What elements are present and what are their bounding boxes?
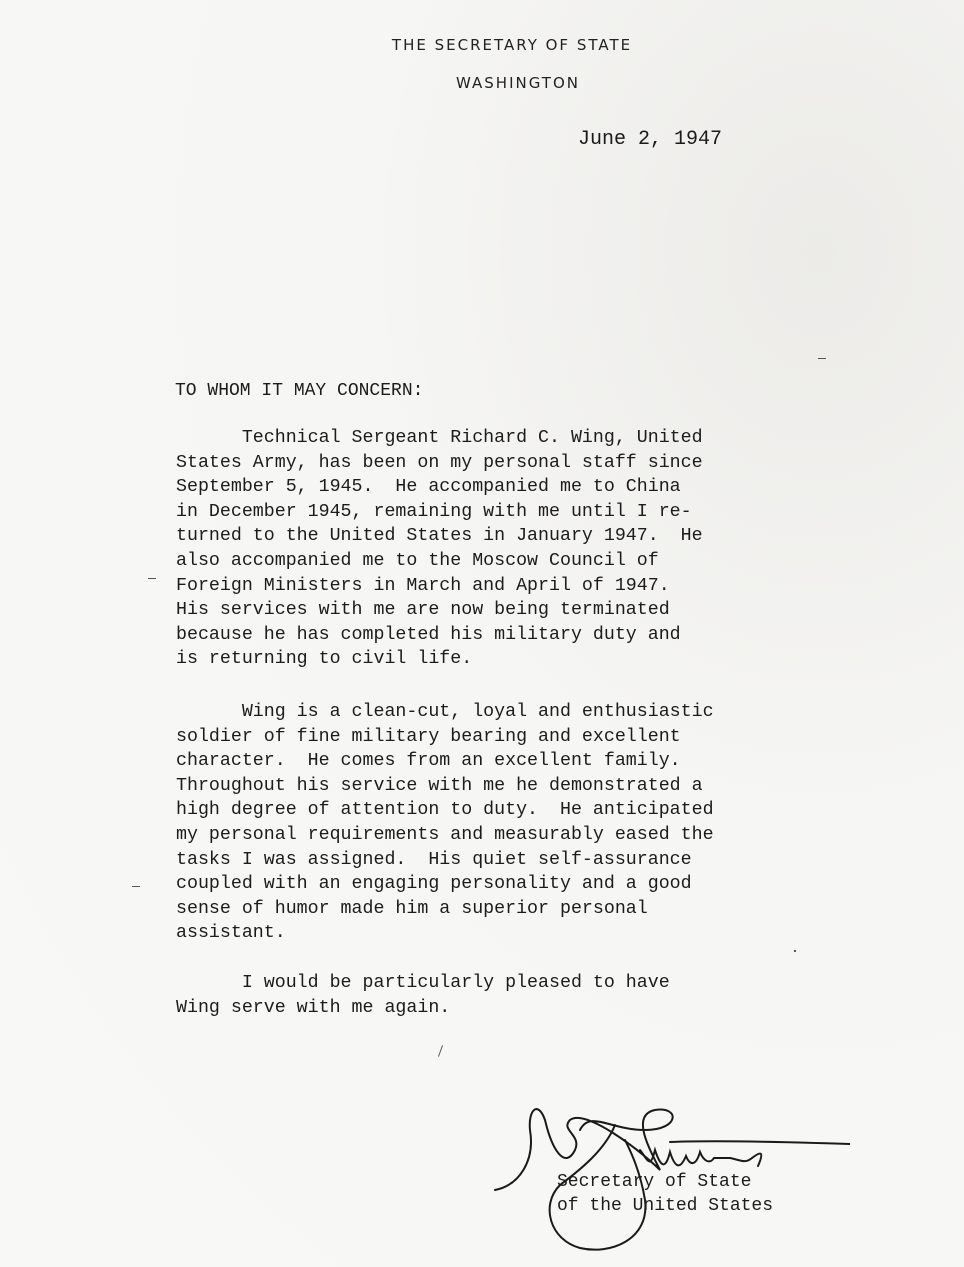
letterhead-city: WASHINGTON	[36, 74, 964, 92]
margin-mark	[794, 950, 796, 952]
letter-date: June 2, 1947	[578, 128, 722, 151]
letterhead-title: THE SECRETARY OF STATE	[30, 36, 964, 54]
paragraph-1: Technical Sergeant Richard C. Wing, Unit…	[176, 426, 703, 672]
margin-mark	[438, 1045, 443, 1057]
paragraph-3: I would be particularly pleased to have …	[176, 971, 670, 1020]
salutation: TO WHOM IT MAY CONCERN:	[175, 381, 423, 401]
signature-line-2: of the United States	[557, 1196, 773, 1216]
signature-line-1: Secretary of State	[557, 1172, 751, 1192]
signature-title: Secretary of State of the United States	[557, 1170, 773, 1218]
margin-mark	[818, 358, 826, 359]
margin-mark	[148, 578, 156, 579]
margin-mark	[132, 886, 140, 887]
paragraph-2: Wing is a clean-cut, loyal and enthusias…	[176, 700, 714, 946]
letter-page: THE SECRETARY OF STATE WASHINGTON June 2…	[0, 0, 964, 1267]
